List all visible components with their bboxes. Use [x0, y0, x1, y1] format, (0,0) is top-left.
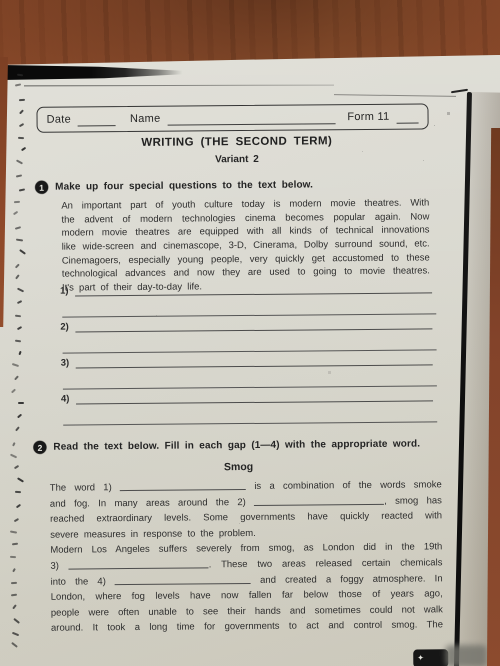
answer-row: 1) [60, 277, 432, 296]
answer-blank-line [75, 314, 432, 332]
stamp-smudge [445, 645, 487, 666]
answer-item: 3) [61, 349, 433, 388]
text-segment: into the 4) [51, 576, 115, 588]
partial-stamp: ✦ [413, 649, 448, 666]
text-segment: and created a foggy atmosphere. In [251, 573, 443, 586]
text-segment: The word 1) [50, 482, 120, 494]
form-blank [396, 110, 418, 123]
text-segment: 3) [50, 561, 68, 572]
name-blank [167, 111, 335, 125]
answer-row: 4) [61, 385, 433, 404]
name-label: Name [130, 113, 161, 125]
text-segment: severe measures in response to the probl… [50, 528, 256, 541]
answer-item: 4) [61, 385, 433, 424]
gap-blank [69, 557, 209, 569]
gap-blank [120, 479, 246, 491]
text-segment: and fog. In many areas around the 2) [50, 497, 254, 510]
answer-number: 2) [60, 321, 75, 332]
task1-heading: 1 Make up four special questions to the … [35, 178, 313, 193]
printed-content: Date Name Form 11 WRITING (THE SECOND TE… [0, 55, 500, 666]
date-blank [78, 113, 116, 126]
task2-gap-text: The word 1) is a combination of the word… [50, 477, 443, 636]
photo-of-worksheet: { "page": { "form_row": { "date_label": … [0, 0, 500, 666]
page-title: WRITING (THE SECOND TERM) [57, 135, 417, 150]
answer-row: 2) [60, 313, 432, 332]
text-segment: , smog has [384, 495, 442, 507]
answer-item: 2) [60, 313, 432, 352]
text-line: around. It took a long time for governme… [51, 618, 443, 637]
answer-blank-line [75, 278, 432, 296]
answer-row: 3) [61, 349, 433, 368]
variant-label: Variant 2 [57, 153, 417, 167]
text-segment: Modern Los Angeles suffers severely from… [50, 542, 442, 556]
text-segment: . These two areas released certain chemi… [209, 557, 443, 570]
answer-blank-line [76, 386, 433, 404]
task1-number-badge: 1 [35, 181, 48, 194]
text-segment: reached extraordinary levels. Some gover… [50, 510, 442, 524]
task1-instruction: Make up four special questions to the te… [55, 179, 313, 192]
task2-heading: 2 Read the text below. Fill in each gap … [33, 437, 420, 453]
task2-number-badge: 2 [33, 441, 46, 454]
answer-number: 4) [61, 393, 76, 404]
answer-number: 3) [61, 357, 76, 368]
text-segment: is a combination of the words smoke [246, 479, 442, 492]
answer-blank-line [76, 350, 433, 368]
answer-blank-line [63, 401, 437, 425]
text-title: Smog [52, 459, 426, 474]
gap-blank [254, 493, 384, 505]
date-label: Date [47, 114, 72, 126]
answer-lines: 1)2)3)4) [60, 277, 433, 424]
worksheet-paper: Date Name Form 11 WRITING (THE SECOND TE… [0, 55, 500, 666]
text-segment: around. It took a long time for governme… [51, 620, 443, 634]
gap-blank [115, 573, 251, 585]
task2-instruction: Read the text below. Fill in each gap (1… [53, 438, 420, 452]
answer-item: 1) [60, 277, 432, 316]
text-segment: people were often unable to see their ha… [51, 604, 443, 618]
header-box: Date Name Form 11 [36, 103, 428, 132]
answer-number: 1) [60, 286, 75, 297]
stamp-icon: ✦ [417, 654, 424, 662]
text-segment: London, where fog levels have now fallen… [51, 588, 443, 602]
form-label: Form 11 [347, 111, 389, 123]
